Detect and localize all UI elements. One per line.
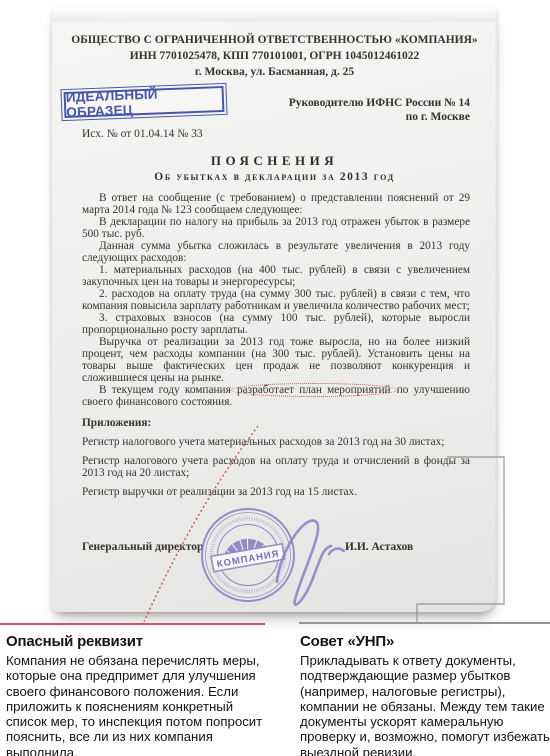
company-name: ОБЩЕСТВО С ОГРАНИЧЕННОЙ ОТВЕТСТВЕННОСТЬЮ… <box>60 32 489 48</box>
attachment-item: Регистр налогового учета расходов на опл… <box>82 455 470 479</box>
company-requisites: ИНН 7701025478, КПП 770101001, ОГРН 1045… <box>60 48 489 64</box>
addressee-line-2: по г. Москве <box>289 110 470 124</box>
note-advice-title: Совет «УНП» <box>300 633 550 650</box>
doc-paragraph: 1. материальных расходов (на 400 тыс. ру… <box>82 264 470 288</box>
doc-paragraph: 2. расходов на оплату труда (на сумму 30… <box>82 288 470 312</box>
document-body: В ответ на сообщение (с требованием) о п… <box>82 192 470 498</box>
doc-paragraph: Выручка от реализации за 2013 год тоже в… <box>82 336 470 384</box>
ideal-sample-stamp: ИДЕАЛЬНЫЙ ОБРАЗЕЦ <box>64 86 225 118</box>
note-danger: Опасный реквизит Компания не обязана пер… <box>6 633 269 756</box>
attachments-label: Приложения: <box>82 417 470 429</box>
note-danger-title: Опасный реквизит <box>6 633 269 650</box>
ideal-sample-stamp-label: ИДЕАЛЬНЫЙ ОБРАЗЕЦ <box>65 84 222 120</box>
outgoing-reference: Исх. № от 01.04.14 № 33 <box>82 128 203 140</box>
document-title: ПОЯСНЕНИЯ <box>52 153 497 169</box>
page: ОБЩЕСТВО С ОГРАНИЧЕННОЙ ОТВЕТСТВЕННОСТЬЮ… <box>0 0 550 756</box>
note-danger-body: Компания не обязана перечислять меры, ко… <box>6 653 269 756</box>
addressee-block: Руководителю ИФНС России № 14 по г. Моск… <box>289 96 470 124</box>
doc-paragraph: Данная сумма убытка сложилась в результа… <box>82 240 470 264</box>
doc-paragraph: В декларации по налогу на прибыль за 201… <box>82 216 470 240</box>
document-subtitle: Об убытках в декларации за 2013 год <box>52 171 497 183</box>
right-note-divider <box>299 622 550 624</box>
final-paragraph-before: В текущем году компания <box>99 384 236 396</box>
attachment-item: Регистр выручки от реализации за 2013 го… <box>82 486 470 498</box>
signer-name: И.И. Астахов <box>345 541 413 553</box>
signature-scribble <box>265 502 350 614</box>
document-paper: ОБЩЕСТВО С ОГРАНИЧЕННОЙ ОТВЕТСТВЕННОСТЬЮ… <box>52 8 497 612</box>
left-note-divider <box>0 623 265 625</box>
note-advice-body: Прикладывать к ответу документы, подтвер… <box>300 653 550 756</box>
note-advice: Совет «УНП» Прикладывать к ответу докуме… <box>300 633 550 756</box>
attachment-item: Регистр налогового учета материальных ра… <box>82 436 470 448</box>
doc-paragraph-final: В текущем году компания разработает план… <box>82 384 470 408</box>
circled-phrase: разработает план мероприятий <box>230 383 398 397</box>
signer-position: Генеральный директор <box>82 541 203 553</box>
letterhead: ОБЩЕСТВО С ОГРАНИЧЕННОЙ ОТВЕТСТВЕННОСТЬЮ… <box>60 32 489 80</box>
doc-paragraph: В ответ на сообщение (с требованием) о п… <box>82 192 470 216</box>
doc-paragraph: 3. страховых взносов (на сумму 100 тыс. … <box>82 312 470 336</box>
addressee-line-1: Руководителю ИФНС России № 14 <box>289 96 470 110</box>
company-address: г. Москва, ул. Басманная, д. 25 <box>60 64 489 80</box>
